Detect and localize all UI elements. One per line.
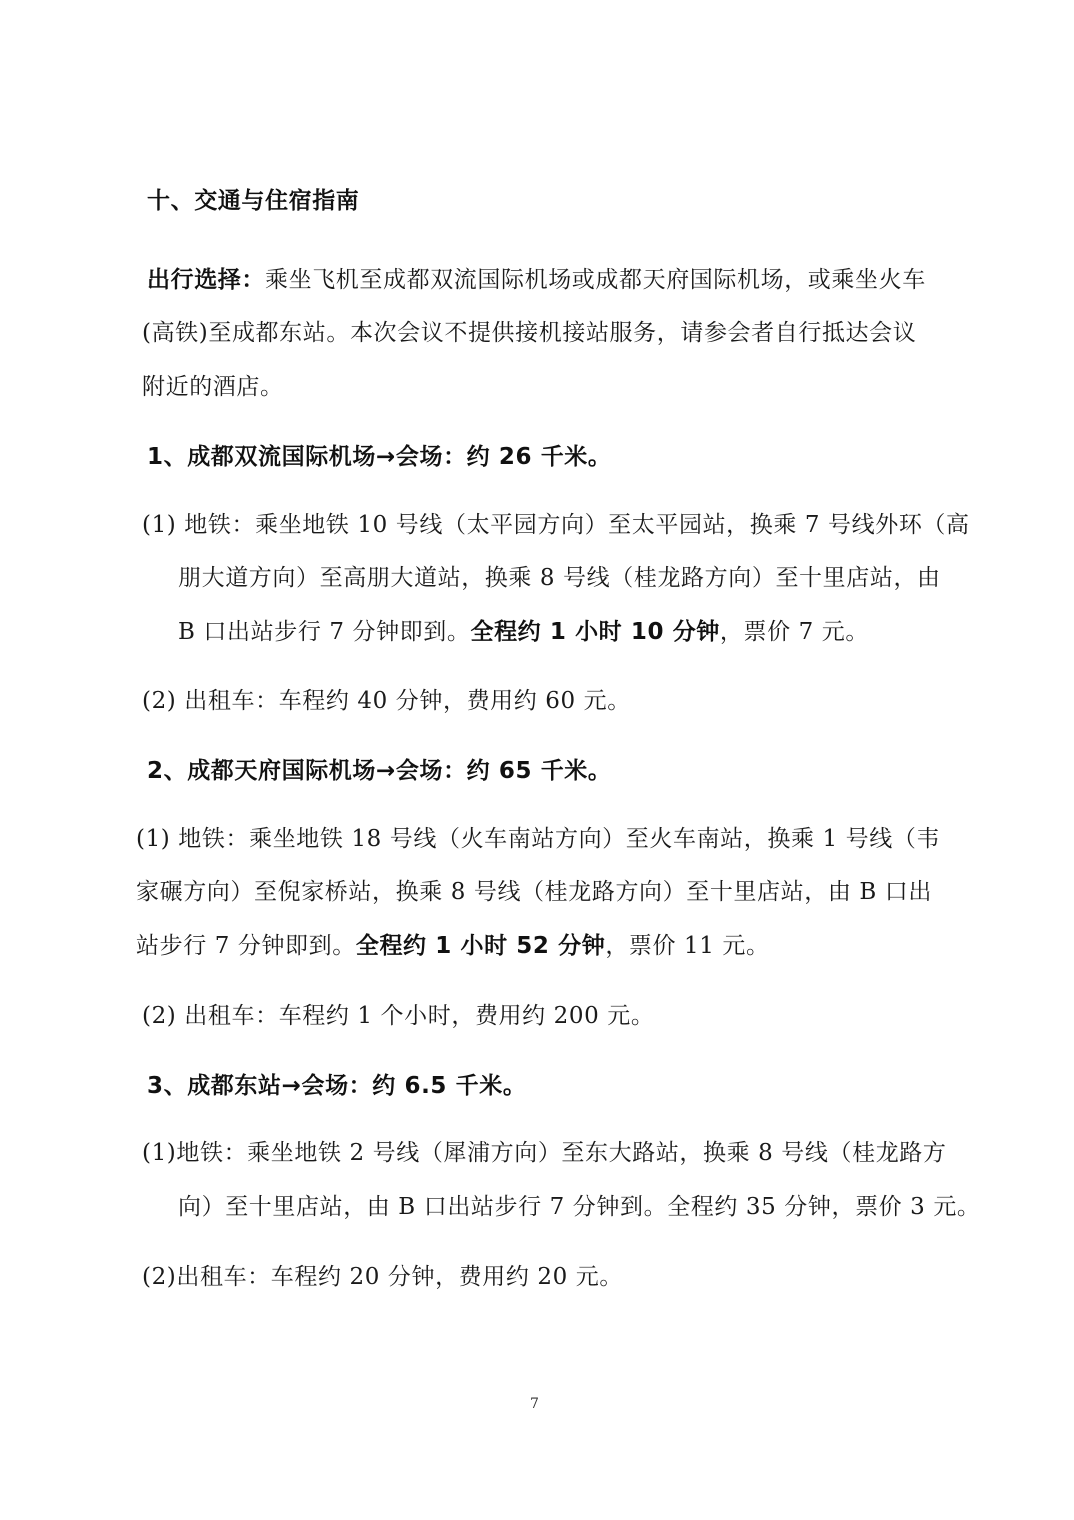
intro-line-2: (高铁)至成都东站。本次会议不提供接机接站服务，请参会者自行抵达会议 [142, 318, 916, 348]
intro-text-1: 乘坐飞机至成都双流国际机场或成都天府国际机场，或乘坐火车 [265, 267, 926, 293]
route-2-metro-plain: 站步行 7 分钟即到。 [136, 933, 356, 959]
section-title: 十、交通与住宿指南 [147, 186, 359, 216]
route-2-metro-line-3: 站步行 7 分钟即到。全程约 1 小时 52 分钟，票价 11 元。 [136, 931, 770, 961]
document-page: 十、交通与住宿指南 出行选择：乘坐飞机至成都双流国际机场或成都天府国际机场，或乘… [0, 0, 1074, 1520]
route-2-metro-line-2: 家碾方向）至倪家桥站，换乘 8 号线（桂龙路方向）至十里店站，由 B 口出 [136, 877, 932, 907]
route-1-metro-total: 全程约 1 小时 10 分钟 [470, 619, 719, 645]
route-2-metro-total: 全程约 1 小时 52 分钟 [356, 933, 605, 959]
route-2-heading: 2、成都天府国际机场→会场：约 65 千米。 [147, 756, 612, 786]
route-1-metro-line-2: 朋大道方向）至高朋大道站，换乘 8 号线（桂龙路方向）至十里店站，由 [178, 563, 941, 593]
route-2-metro-fare: ，票价 11 元。 [605, 933, 769, 959]
route-1-metro-fare: ，票价 7 元。 [720, 619, 869, 645]
route-1-metro-line-3: B 口出站步行 7 分钟即到。全程约 1 小时 10 分钟，票价 7 元。 [178, 617, 869, 647]
route-1-metro-line-1: (1) 地铁：乘坐地铁 10 号线（太平园方向）至太平园站，换乘 7 号线外环（… [142, 510, 970, 540]
intro-line-3: 附近的酒店。 [142, 372, 284, 402]
route-3-heading: 3、成都东站→会场：约 6.5 千米。 [147, 1071, 526, 1101]
route-2-taxi: (2) 出租车：车程约 1 个小时，费用约 200 元。 [142, 1001, 654, 1031]
route-3-metro-line-1: (1)地铁：乘坐地铁 2 号线（犀浦方向）至东大路站，换乘 8 号线（桂龙路方 [142, 1138, 947, 1168]
route-3-metro-line-2: 向）至十里店站，由 B 口出站步行 7 分钟到。全程约 35 分钟，票价 3 元… [178, 1192, 981, 1222]
intro-label: 出行选择： [147, 267, 265, 293]
route-3-taxi: (2)出租车：车程约 20 分钟，费用约 20 元。 [142, 1262, 623, 1292]
route-1-taxi: (2) 出租车：车程约 40 分钟，费用约 60 元。 [142, 686, 631, 716]
route-2-metro-line-1: (1) 地铁：乘坐地铁 18 号线（火车南站方向）至火车南站，换乘 1 号线（韦 [136, 824, 940, 854]
intro-line-1: 出行选择：乘坐飞机至成都双流国际机场或成都天府国际机场，或乘坐火车 [147, 265, 926, 295]
route-1-metro-plain: B 口出站步行 7 分钟即到。 [178, 619, 470, 645]
route-1-heading: 1、成都双流国际机场→会场：约 26 千米。 [147, 442, 612, 472]
page-number: 7 [530, 1396, 539, 1412]
